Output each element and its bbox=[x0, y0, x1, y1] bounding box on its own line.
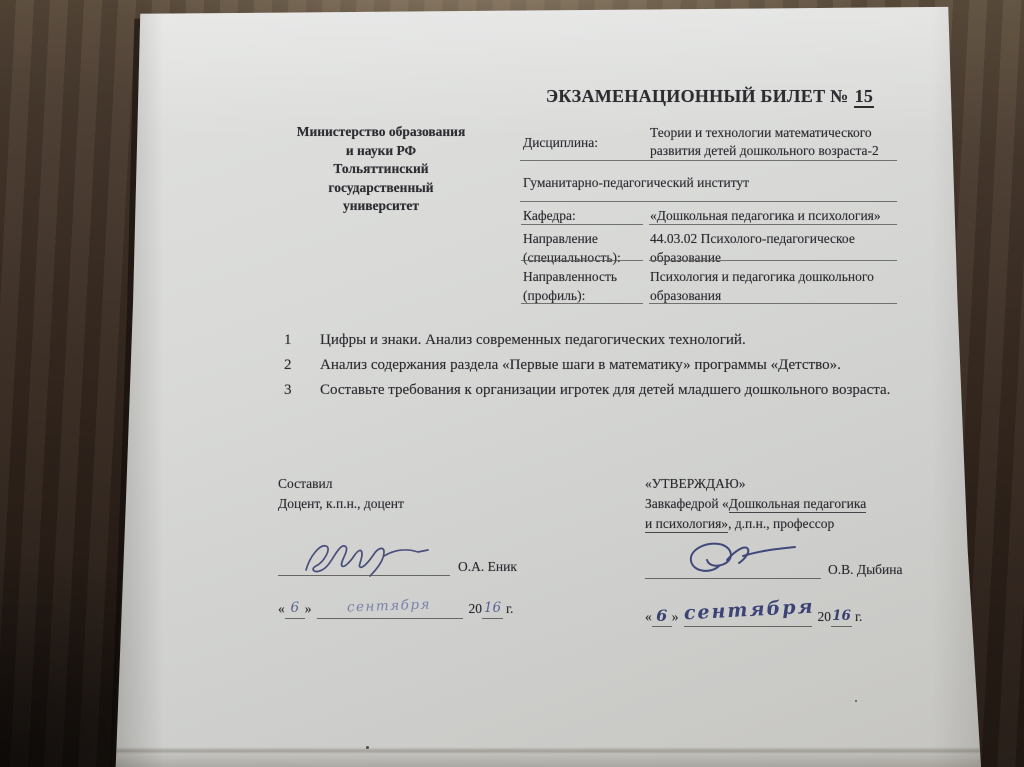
institution-line: Министерство образования bbox=[281, 123, 481, 142]
approve-label: «УТВЕРЖДАЮ» bbox=[645, 474, 945, 494]
composer-position: Доцент, к.п.н., доцент bbox=[278, 494, 608, 514]
form-rule bbox=[521, 224, 643, 225]
form-rule bbox=[649, 260, 897, 261]
question-number: 3 bbox=[284, 378, 320, 403]
form-rule bbox=[649, 303, 897, 304]
date-year-handwritten: 16 bbox=[831, 606, 852, 627]
year-printed: 20 bbox=[469, 599, 483, 619]
department-label: Кафедра: bbox=[523, 207, 576, 225]
underlined-department: Дошкольная педагогика bbox=[729, 496, 866, 513]
signature-line bbox=[645, 578, 821, 579]
direction-value: 44.03.02 Психолого-педагогическое образо… bbox=[650, 230, 898, 267]
approver-position-line2: и психология», д.п.н., профессор bbox=[645, 514, 945, 534]
month-line: сентября bbox=[684, 604, 812, 627]
quote-close: » bbox=[305, 599, 312, 619]
questions-list: 1 Цифры и знаки. Анализ современных педа… bbox=[284, 328, 902, 402]
quote-open: « bbox=[645, 607, 652, 627]
form-rule bbox=[521, 260, 643, 261]
discipline-label: Дисциплина: bbox=[523, 134, 598, 152]
date-month-handwritten: сентября bbox=[347, 595, 432, 618]
department-value: «Дошкольная педагогика и психология» bbox=[650, 207, 900, 225]
institution-line: и науки РФ bbox=[281, 142, 481, 161]
composed-by-label: Составил bbox=[278, 474, 608, 494]
approver-name: О.В. Дыбина bbox=[828, 560, 902, 580]
date-day-handwritten: 6 bbox=[652, 606, 672, 627]
signature-enik bbox=[300, 536, 440, 580]
form-rule bbox=[520, 201, 897, 202]
profile-value: Психология и педагогика дошкольного обра… bbox=[650, 268, 898, 305]
institution-line: университет bbox=[281, 197, 481, 216]
quote-close: » bbox=[672, 607, 679, 627]
composer-block: Составил Доцент, к.п.н., доцент О.А. Ени… bbox=[278, 474, 608, 514]
year-suffix: г. bbox=[506, 599, 513, 619]
title-text: ЭКЗАМЕНАЦИОННЫЙ БИЛЕТ № bbox=[546, 86, 849, 106]
date-row-left: « 6 » сентября 20 16 г. bbox=[278, 598, 513, 619]
dust-speck bbox=[855, 700, 857, 702]
profile-label: Направленность (профиль): bbox=[523, 268, 645, 305]
form-rule bbox=[649, 224, 897, 225]
date-day-handwritten: 6 bbox=[285, 598, 305, 619]
question-item: 2 Анализ содержания раздела «Первые шаги… bbox=[284, 353, 902, 378]
underlined-department: и психология» bbox=[645, 516, 728, 533]
form-rule bbox=[520, 160, 897, 161]
paper-content: ЭКЗАМЕНАЦИОННЫЙ БИЛЕТ №15 Министерство о… bbox=[0, 0, 1024, 767]
institution-line: Тольяттинский государственный bbox=[281, 160, 481, 197]
direction-label: Направление (специальность): bbox=[523, 230, 645, 267]
question-number: 2 bbox=[284, 353, 320, 378]
wood-table-background: ЭКЗАМЕНАЦИОННЫЙ БИЛЕТ №15 Министерство о… bbox=[0, 0, 1024, 767]
quote-open: « bbox=[278, 599, 285, 619]
question-number: 1 bbox=[284, 328, 320, 353]
institution-block: Министерство образования и науки РФ Толь… bbox=[281, 123, 481, 216]
date-row-right: « 6 » сентября 20 16 г. bbox=[645, 604, 862, 627]
question-item: 3 Составьте требования к организации игр… bbox=[284, 378, 902, 403]
date-month-handwritten: сентября bbox=[683, 597, 815, 624]
institute-value: Гуманитарно-педагогический институт bbox=[523, 174, 893, 192]
approval-block: «УТВЕРЖДАЮ» Завкафедрой «Дошкольная педа… bbox=[645, 474, 945, 534]
month-line: сентября bbox=[317, 598, 463, 619]
question-item: 1 Цифры и знаки. Анализ современных педа… bbox=[284, 328, 902, 353]
paper-title: ЭКЗАМЕНАЦИОННЫЙ БИЛЕТ №15 bbox=[520, 86, 900, 107]
signature-dybina bbox=[683, 538, 807, 580]
ticket-number: 15 bbox=[854, 86, 875, 108]
form-rule bbox=[521, 303, 643, 304]
year-printed: 20 bbox=[818, 607, 832, 627]
question-text: Цифры и знаки. Анализ современных педаго… bbox=[320, 328, 902, 353]
question-text: Анализ содержания раздела «Первые шаги в… bbox=[320, 353, 902, 378]
year-suffix: г. bbox=[855, 607, 862, 627]
signature-line bbox=[278, 575, 450, 576]
composer-name: О.А. Еник bbox=[458, 557, 517, 577]
date-year-handwritten: 16 bbox=[482, 598, 503, 619]
approver-position-line1: Завкафедрой «Дошкольная педагогика bbox=[645, 494, 945, 514]
dust-speck bbox=[366, 746, 369, 749]
discipline-value: Теории и технологии математического разв… bbox=[650, 124, 898, 159]
question-text: Составьте требования к организации игрот… bbox=[320, 378, 902, 403]
